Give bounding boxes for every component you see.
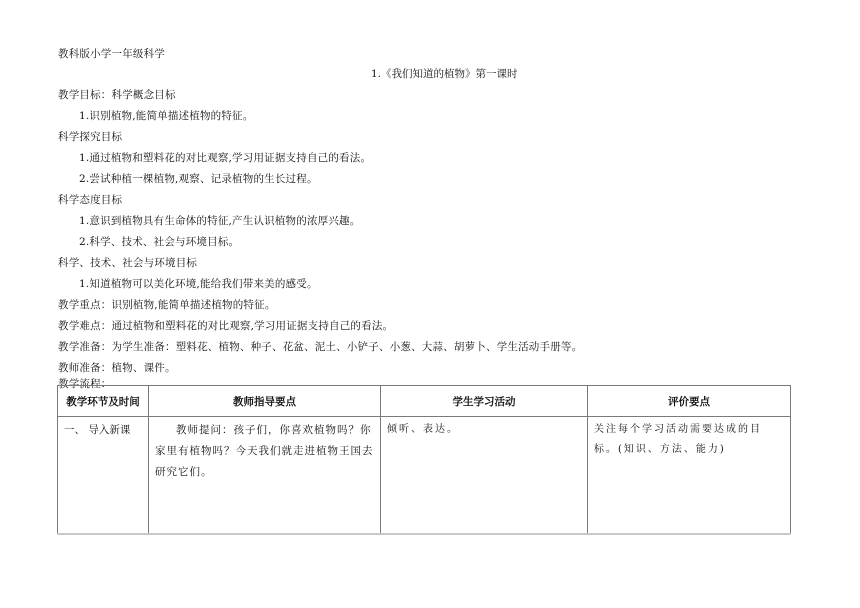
evaluation-text: 关注每个学习活动需要达成的目标。(知识、方法、能力) <box>588 417 790 460</box>
cell-teacher: 教师提问：孩子们，你喜欢植物吗？你家里有植物吗？今天我们就走进植物王国去研究它们… <box>149 417 381 534</box>
header-student-activity: 学生学习活动 <box>381 386 588 417</box>
cell-student: 倾听、表达。 <box>381 417 588 534</box>
teacher-preparation: 教师准备：植物、课件。 <box>58 361 176 375</box>
student-preparation: 教学准备：为学生准备：塑料花、植物、种子、花盆、泥土、小铲子、小葱、大蒜、胡萝卜… <box>58 340 582 354</box>
difficulties: 教学难点：通过植物和塑料花的对比观察,学习用证据支持自己的看法。 <box>58 319 393 333</box>
stse-objective-1: 1.知道植物可以美化环境,能给我们带来美的感受。 <box>79 277 318 291</box>
table-row: 一、 导入新课 教师提问：孩子们，你喜欢植物吗？你家里有植物吗？今天我们就走进植… <box>58 417 791 534</box>
header-evaluation: 评价要点 <box>588 386 791 417</box>
table-bottom-border <box>57 533 791 535</box>
concept-objective-1: 1.识别植物,能简单描述植物的特征。 <box>79 109 253 123</box>
lesson-title: 1.《我们知道的植物》第一课时 <box>371 67 518 81</box>
cell-stage: 一、 导入新课 <box>58 417 149 534</box>
inquiry-heading: 科学探究目标 <box>58 130 122 144</box>
attitude-objective-2: 2.科学、技术、社会与环境目标。 <box>79 235 239 249</box>
teaching-flow-table: 教学环节及时间 教师指导要点 学生学习活动 评价要点 一、 导入新课 教师提问：… <box>57 385 791 534</box>
attitude-objective-1: 1.意识到植物具有生命体的特征,产生认识植物的浓厚兴趣。 <box>79 214 360 228</box>
inquiry-objective-2: 2.尝试种植一棵植物,观察、记录植物的生长过程。 <box>79 172 318 186</box>
student-activity-text: 倾听、表达。 <box>381 417 587 440</box>
table-header-row: 教学环节及时间 教师指导要点 学生学习活动 评价要点 <box>58 386 791 417</box>
attitude-heading: 科学态度目标 <box>58 193 122 207</box>
key-points: 教学重点：识别植物,能简单描述植物的特征。 <box>58 298 276 312</box>
teacher-guidance-text: 教师提问：孩子们，你喜欢植物吗？你家里有植物吗？今天我们就走进植物王国去研究它们… <box>149 417 380 483</box>
document-header: 教科版小学一年级科学 <box>58 47 165 61</box>
header-stage: 教学环节及时间 <box>58 386 149 417</box>
stse-heading: 科学、技术、社会与环境目标 <box>58 256 197 270</box>
inquiry-objective-1: 1.通过植物和塑料花的对比观察,学习用证据支持自己的看法。 <box>79 151 371 165</box>
objectives-heading: 教学目标：科学概念目标 <box>58 88 176 102</box>
header-teacher-guidance: 教师指导要点 <box>149 386 381 417</box>
stage-text: 一、 导入新课 <box>58 417 148 441</box>
cell-evaluation: 关注每个学习活动需要达成的目标。(知识、方法、能力) <box>588 417 791 534</box>
